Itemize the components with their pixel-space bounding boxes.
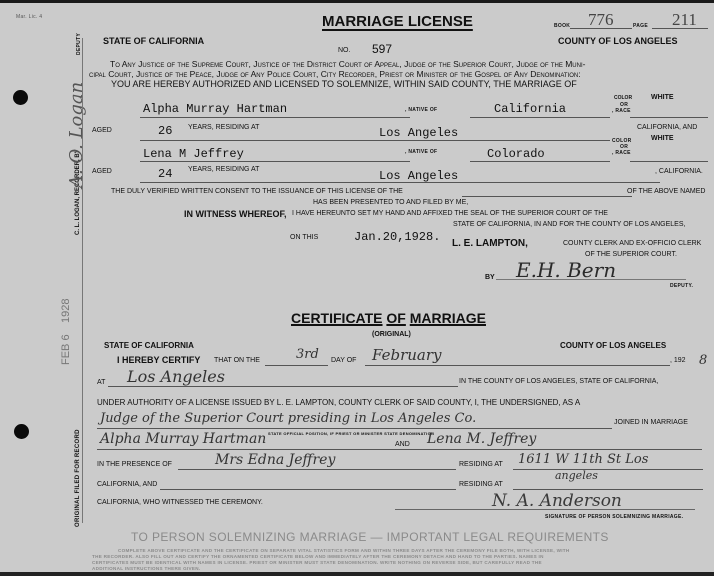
california-and-label: CALIFORNIA, AND [97,481,157,488]
certify-bold: I HEREBY CERTIFY [117,355,200,365]
marriage-groom-name: Alpha Murray Hartman [100,431,266,447]
bride-native-of: Colorado [487,147,545,161]
position-caption: STATE OFFICIAL POSITION, IF PRIEST OR MI… [268,431,434,436]
preamble-line-3: YOU ARE HEREBY AUTHORIZED AND LICENSED T… [111,79,577,89]
groom-race-label-3: , RACE [612,108,631,114]
groom-native-of: California [494,102,566,116]
bride-race-label-3: , RACE [612,150,631,156]
joined-text: JOINED IN MARRIAGE [614,419,688,426]
punch-hole-bottom [14,424,29,439]
margin-rule [82,38,83,523]
groom-residence: Los Angeles [379,126,458,140]
day-of-label: DAY OF [331,357,356,364]
groom-residing-label: YEARS, RESIDING AT [188,124,259,131]
deputy-signature: E.H. Bern [516,258,616,282]
groom-race: WHITE [651,94,674,101]
bride-age: 24 [158,167,172,181]
officiant-signature: N. A. Anderson [492,491,622,511]
groom-aged-label: AGED [92,127,112,134]
license-number: 597 [372,42,392,56]
witness-1-name: Mrs Edna Jeffrey [215,452,335,468]
residing-label-1: RESIDING AT [459,461,503,468]
residing-label-2: RESIDING AT [459,481,503,488]
footer-heading: TO PERSON SOLEMNIZING MARRIAGE — IMPORTA… [131,530,609,544]
certificate-place: Los Angeles [127,367,225,386]
license-title: MARRIAGE LICENSE [322,13,473,30]
presence-label: IN THE PRESENCE OF [97,461,172,468]
certify-text: THAT ON THE [214,357,260,364]
certificate-year-digit: 8 [699,353,707,368]
bride-residing-label: YEARS, RESIDING AT [188,166,259,173]
deputy-label: DEPUTY. [670,283,693,289]
footer-line-1: COMPLETE ABOVE CERTIFICATE AND THE CERTI… [118,548,570,553]
margin-stamp-date: FEB 6 [60,334,72,365]
groom-name: Alpha Murray Hartman [143,102,287,116]
form-code: Mar. Lic. 4 [16,14,42,20]
groom-residence-suffix: CALIFORNIA, AND [637,124,697,131]
witness-1-residence-2: angeles [555,469,598,482]
clerk-name: L. E. LAMPTON, [452,238,528,249]
margin-filed-label: ORIGINAL FILED FOR RECORD [75,429,81,527]
issue-date: Jan.20,1928. [354,230,440,244]
footer-line-3: CERTIFICATES MUST BE IDENTICAL WITH NAME… [92,560,542,565]
clerk-title-2: OF THE SUPERIOR COURT. [585,251,677,258]
certificate-title: CERTIFICATE OF MARRIAGE [291,310,486,326]
groom-race-label-1: COLOR [614,95,632,101]
footer-line-4: ADDITIONAL INSTRUCTIONS THERE GIVEN. [92,566,200,571]
certificate-title-2: OF [386,310,405,326]
certificate-day: 3rd [296,347,319,362]
book-number: 776 [588,10,614,30]
bride-residence-suffix: , CALIFORNIA. [655,168,703,175]
footer-line-2: THE RECORDER. ALSO FILL OUT AND CERTIFY … [92,554,544,559]
groom-native-label: , NATIVE OF [405,107,437,113]
bride-residence: Los Angeles [379,169,458,183]
margin-recorder-signature: A. O. Logan [66,82,87,188]
at-label: AT [97,379,105,386]
preamble-line-2: cipal Court, Justice of the Peace, Judge… [89,69,581,79]
witness-1-residence: 1611 W 11th St Los [518,452,648,467]
bride-aged-label: AGED [92,168,112,175]
license-no-label: NO. [338,47,350,54]
certificate-title-3: MARRIAGE [410,310,486,326]
on-this-label: ON THIS [290,234,318,241]
consent-line-1: THE DULY VERIFIED WRITTEN CONSENT TO THE… [111,188,403,195]
witness-bold: IN WITNESS WHEREOF, [184,209,287,219]
consent-line-1-end: OF THE ABOVE NAMED [627,188,705,195]
preamble-line-1: To Any Justice of the Supreme Court, Jus… [110,59,585,69]
groom-age: 26 [158,124,172,138]
page-number: 211 [672,10,697,30]
signature-caption: SIGNATURE OF PERSON SOLEMNIZING MARRIAGE… [545,514,683,520]
consent-line-2: HAS BEEN PRESENTED TO AND FILED BY ME, [313,199,468,206]
certificate-month: February [372,346,442,364]
witness-text-2: STATE OF CALIFORNIA, IN AND FOR THE COUN… [453,221,685,228]
bride-native-label: , NATIVE OF [405,149,437,155]
county-state-text: IN THE COUNTY OF LOS ANGELES, STATE OF C… [459,378,658,385]
certificate-state: STATE OF CALIFORNIA [104,341,194,350]
marriage-record-document: C. L. LOGAN, RECORDER, BY A. O. Logan DE… [0,0,714,576]
punch-hole-top [13,90,28,105]
bride-name: Lena M Jeffrey [143,147,244,161]
by-label: BY [485,274,495,281]
authority-text: UNDER AUTHORITY OF A LICENSE ISSUED BY L… [97,398,580,407]
book-label: BOOK [554,23,570,29]
license-county: COUNTY OF LOS ANGELES [558,36,678,46]
page-label: PAGE [633,23,648,29]
witness-text: I HAVE HEREUNTO SET MY HAND AND AFFIXED … [292,210,608,217]
and-label: AND [395,441,410,448]
year-prefix: , 192 [670,357,686,364]
witnessed-text: CALIFORNIA, WHO WITNESSED THE CEREMONY. [97,499,263,506]
official-position: Judge of the Superior Court presiding in… [100,411,476,426]
certificate-title-1: CERTIFICATE [291,310,383,326]
bride-race: WHITE [651,135,674,142]
clerk-title: COUNTY CLERK AND EX-OFFICIO CLERK [563,240,701,247]
certificate-subtitle: (ORIGINAL) [372,331,411,338]
license-state: STATE OF CALIFORNIA [103,36,204,46]
certificate-county: COUNTY OF LOS ANGELES [560,341,666,350]
margin-stamp-year: 1928 [60,299,72,323]
marriage-bride-name: Lena M. Jeffrey [427,431,536,447]
